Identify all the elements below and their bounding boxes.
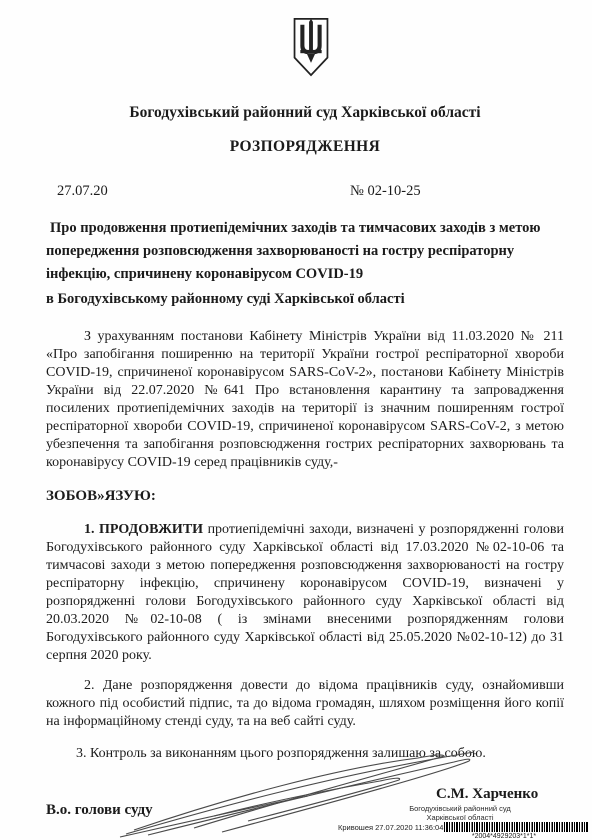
order-item-2-text: 2. Дане розпорядження довести до відома … [46, 678, 564, 729]
barcode-code-text: *2004*4929203*1*1* [420, 833, 588, 840]
document-number: № 02-10-25 [350, 183, 421, 200]
obligation-header: ЗОБОВ»ЯЗУЮ: [46, 487, 564, 506]
digital-stamp-row: Кривошея 27.07.2020 11:36:04 [338, 822, 588, 832]
stamp-signer-datetime: Кривошея 27.07.2020 11:36:04 [338, 823, 443, 832]
ukraine-trident-icon [291, 16, 331, 78]
barcode-icon [444, 822, 588, 832]
court-name-heading: Богодухівський районний суд Харківської … [46, 103, 564, 122]
scanned-court-order-document: Богодухівський районний суд Харківської … [0, 0, 592, 840]
order-item-2: 2. Дане розпорядження довести до відома … [46, 677, 564, 731]
order-item-3: 3. Контроль за виконанням цього розпоряд… [46, 745, 564, 763]
order-item-1: 1. ПРОДОВЖИТИ протиепідемічні заходи, ви… [46, 521, 564, 665]
preamble-paragraph: З урахуванням постанови Кабінету Міністр… [46, 328, 564, 472]
order-item-1-number: 1. ПРОДОВЖИТИ [84, 522, 203, 537]
signer-position-title: В.о. голови суду [46, 802, 153, 819]
stamp-court-line1: Богодухівський районний суд [356, 804, 564, 813]
document-type-heading: РОЗПОРЯДЖЕННЯ [46, 137, 564, 156]
court-location-line: в Богодухівському районному суді Харківс… [46, 288, 564, 311]
signer-name: С.М. Харченко [436, 786, 538, 803]
date-and-number-row: 27.07.20 № 02-10-25 [46, 183, 564, 202]
subject-line: Про продовження протиепідемічних заходів… [46, 217, 564, 286]
order-item-3-text: 3. Контроль за виконанням цього розпоряд… [76, 746, 486, 761]
document-date: 27.07.20 [57, 183, 108, 200]
stamp-court-line2: Харківської області [356, 813, 564, 822]
order-item-1-text: протиепідемічні заходи, визначені у розп… [46, 522, 564, 663]
